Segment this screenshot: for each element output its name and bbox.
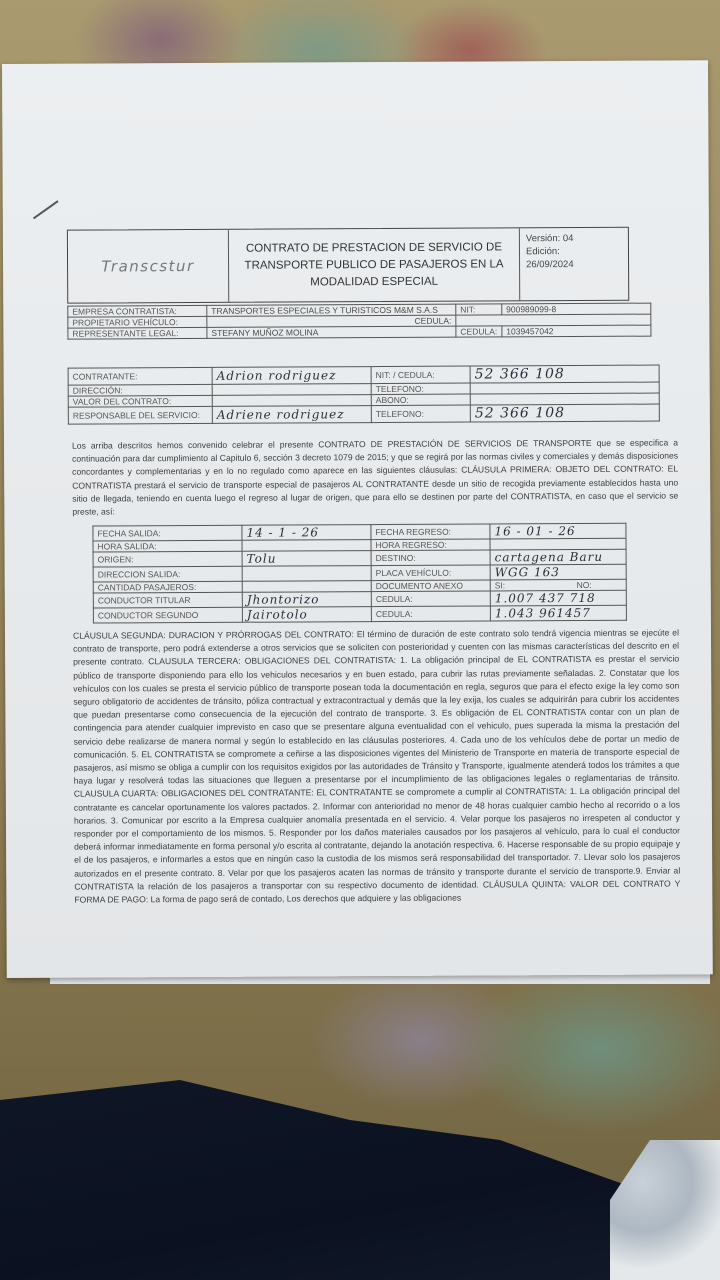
representante-cedula-label: CEDULA: [456, 326, 502, 337]
representante-label: REPRESENTANTE LEGAL: [68, 327, 207, 339]
document-meta: Versión: 04 Edición: 26/09/2024 [520, 228, 628, 301]
trip-value-right: 1.007 437 718 [490, 590, 626, 606]
representante-value: STEFANY MUÑOZ MOLINA [207, 326, 456, 338]
trip-label-right: CEDULA: [371, 606, 490, 622]
intro-paragraph: Los arriba descritos hemos convenido cel… [72, 436, 678, 518]
trip-value-right: cartagena Baru [490, 549, 626, 565]
trip-value-left [242, 540, 371, 552]
document-title: CONTRATO DE PRESTACION DE SERVICIO DE TR… [229, 228, 520, 302]
pen-mark [33, 200, 59, 219]
trip-value-left: Tolu [242, 551, 371, 567]
valor-value [212, 395, 371, 407]
document-header: Transcstur CONTRATO DE PRESTACION DE SER… [67, 227, 629, 304]
table-row: RESPONSABLE DEL SERVICIO: Adriene rodrig… [68, 404, 659, 424]
version-label: Versión: 04 [526, 232, 622, 246]
empresa-label: EMPRESA CONTRATISTA: [68, 305, 207, 317]
trip-value-right: WGG 163 [490, 564, 626, 580]
responsable-label: RESPONSABLE DEL SERVICIO: [68, 406, 212, 424]
responsable-value: Adriene rodriguez [212, 406, 371, 424]
trip-label-left: CONDUCTOR SEGUNDO [93, 607, 242, 623]
trip-table: FECHA SALIDA:14 - 1 - 26FECHA REGRESO:16… [92, 523, 627, 624]
trip-value-left: Jhontorizo [242, 592, 371, 608]
nit-value: 900989099-8 [502, 303, 651, 315]
trip-value-left: Jairotolo [242, 607, 371, 623]
anexo-si: SI: [495, 580, 505, 590]
client-table: CONTRATANTE: Adrion rodriguez NIT: / CED… [68, 365, 660, 425]
nit-cedula-label: NIT: / CEDULA: [371, 366, 470, 384]
trip-label-left: CONDUCTOR TITULAR [93, 592, 242, 608]
trip-value-right: 16 - 01 - 26 [490, 523, 626, 539]
trip-value-left: 14 - 1 - 26 [242, 525, 371, 541]
trip-label-right: DOCUMENTO ANEXO [371, 580, 490, 592]
contratante-value: Adrion rodriguez [212, 367, 371, 385]
trip-label-right: DESTINO: [371, 550, 490, 566]
edition-date: 26/09/2024 [526, 258, 622, 272]
trip-label-left: HORA SALIDA: [93, 540, 242, 552]
trip-value-right [490, 538, 626, 550]
trip-label-right: PLACA VEHÍCULO: [371, 565, 490, 581]
background-countertop [610, 1140, 720, 1280]
abono-label: ABONO: [371, 394, 470, 406]
nit-cedula-value: 52 366 108 [470, 365, 659, 383]
contratante-label: CONTRATANTE: [68, 367, 212, 385]
table-row: CONDUCTOR SEGUNDOJairotoloCEDULA:1.043 9… [93, 605, 626, 623]
trip-label-right: HORA REGRESO: [371, 539, 490, 551]
propietario-label: PROPIETARIO VEHÍCULO: [68, 316, 207, 328]
telefono-label: TELEFONO: [371, 383, 470, 395]
anexo-no: NO: [577, 580, 592, 590]
nit-label: NIT: [456, 304, 502, 315]
direccion-label: DIRECCIÓN: [68, 384, 212, 396]
trip-value-right: 1.043 961457 [490, 605, 626, 621]
responsable-telefono-value: 52 366 108 [470, 404, 659, 422]
empresa-value: TRANSPORTES ESPECIALES Y TURISTICOS M&M … [207, 304, 456, 316]
company-table: EMPRESA CONTRATISTA: TRANSPORTES ESPECIA… [67, 303, 651, 340]
trip-label-left: DIRECCION SALIDA: [93, 566, 242, 582]
trip-label-left: ORIGEN: [93, 551, 242, 567]
contract-paper: Transcstur CONTRATO DE PRESTACION DE SER… [2, 60, 713, 978]
propietario-cedula-label: CEDULA: [207, 315, 456, 327]
trip-value-left [242, 566, 371, 582]
trip-label-left: CANTIDAD PASAJEROS: [93, 581, 242, 593]
valor-label: VALOR DEL CONTRATO: [68, 395, 212, 407]
trip-label-left: FECHA SALIDA: [93, 525, 242, 541]
representante-cedula-value: 1039457042 [502, 325, 651, 337]
company-logo: Transcstur [68, 230, 229, 303]
edition-label: Edición: [526, 245, 622, 259]
trip-label-right: CEDULA: [371, 591, 490, 607]
direccion-value [212, 384, 371, 396]
trip-value-left [242, 581, 371, 593]
clauses-paragraph: CLÁUSULA SEGUNDA: DURACION Y PRÓRROGAS D… [73, 626, 681, 965]
trip-label-right: FECHA REGRESO: [371, 524, 490, 540]
trip-value-right: SI:NO: [490, 579, 626, 591]
table-row: REPRESENTANTE LEGAL: STEFANY MUÑOZ MOLIN… [68, 325, 651, 339]
responsable-telefono-label: TELEFONO: [371, 405, 470, 423]
